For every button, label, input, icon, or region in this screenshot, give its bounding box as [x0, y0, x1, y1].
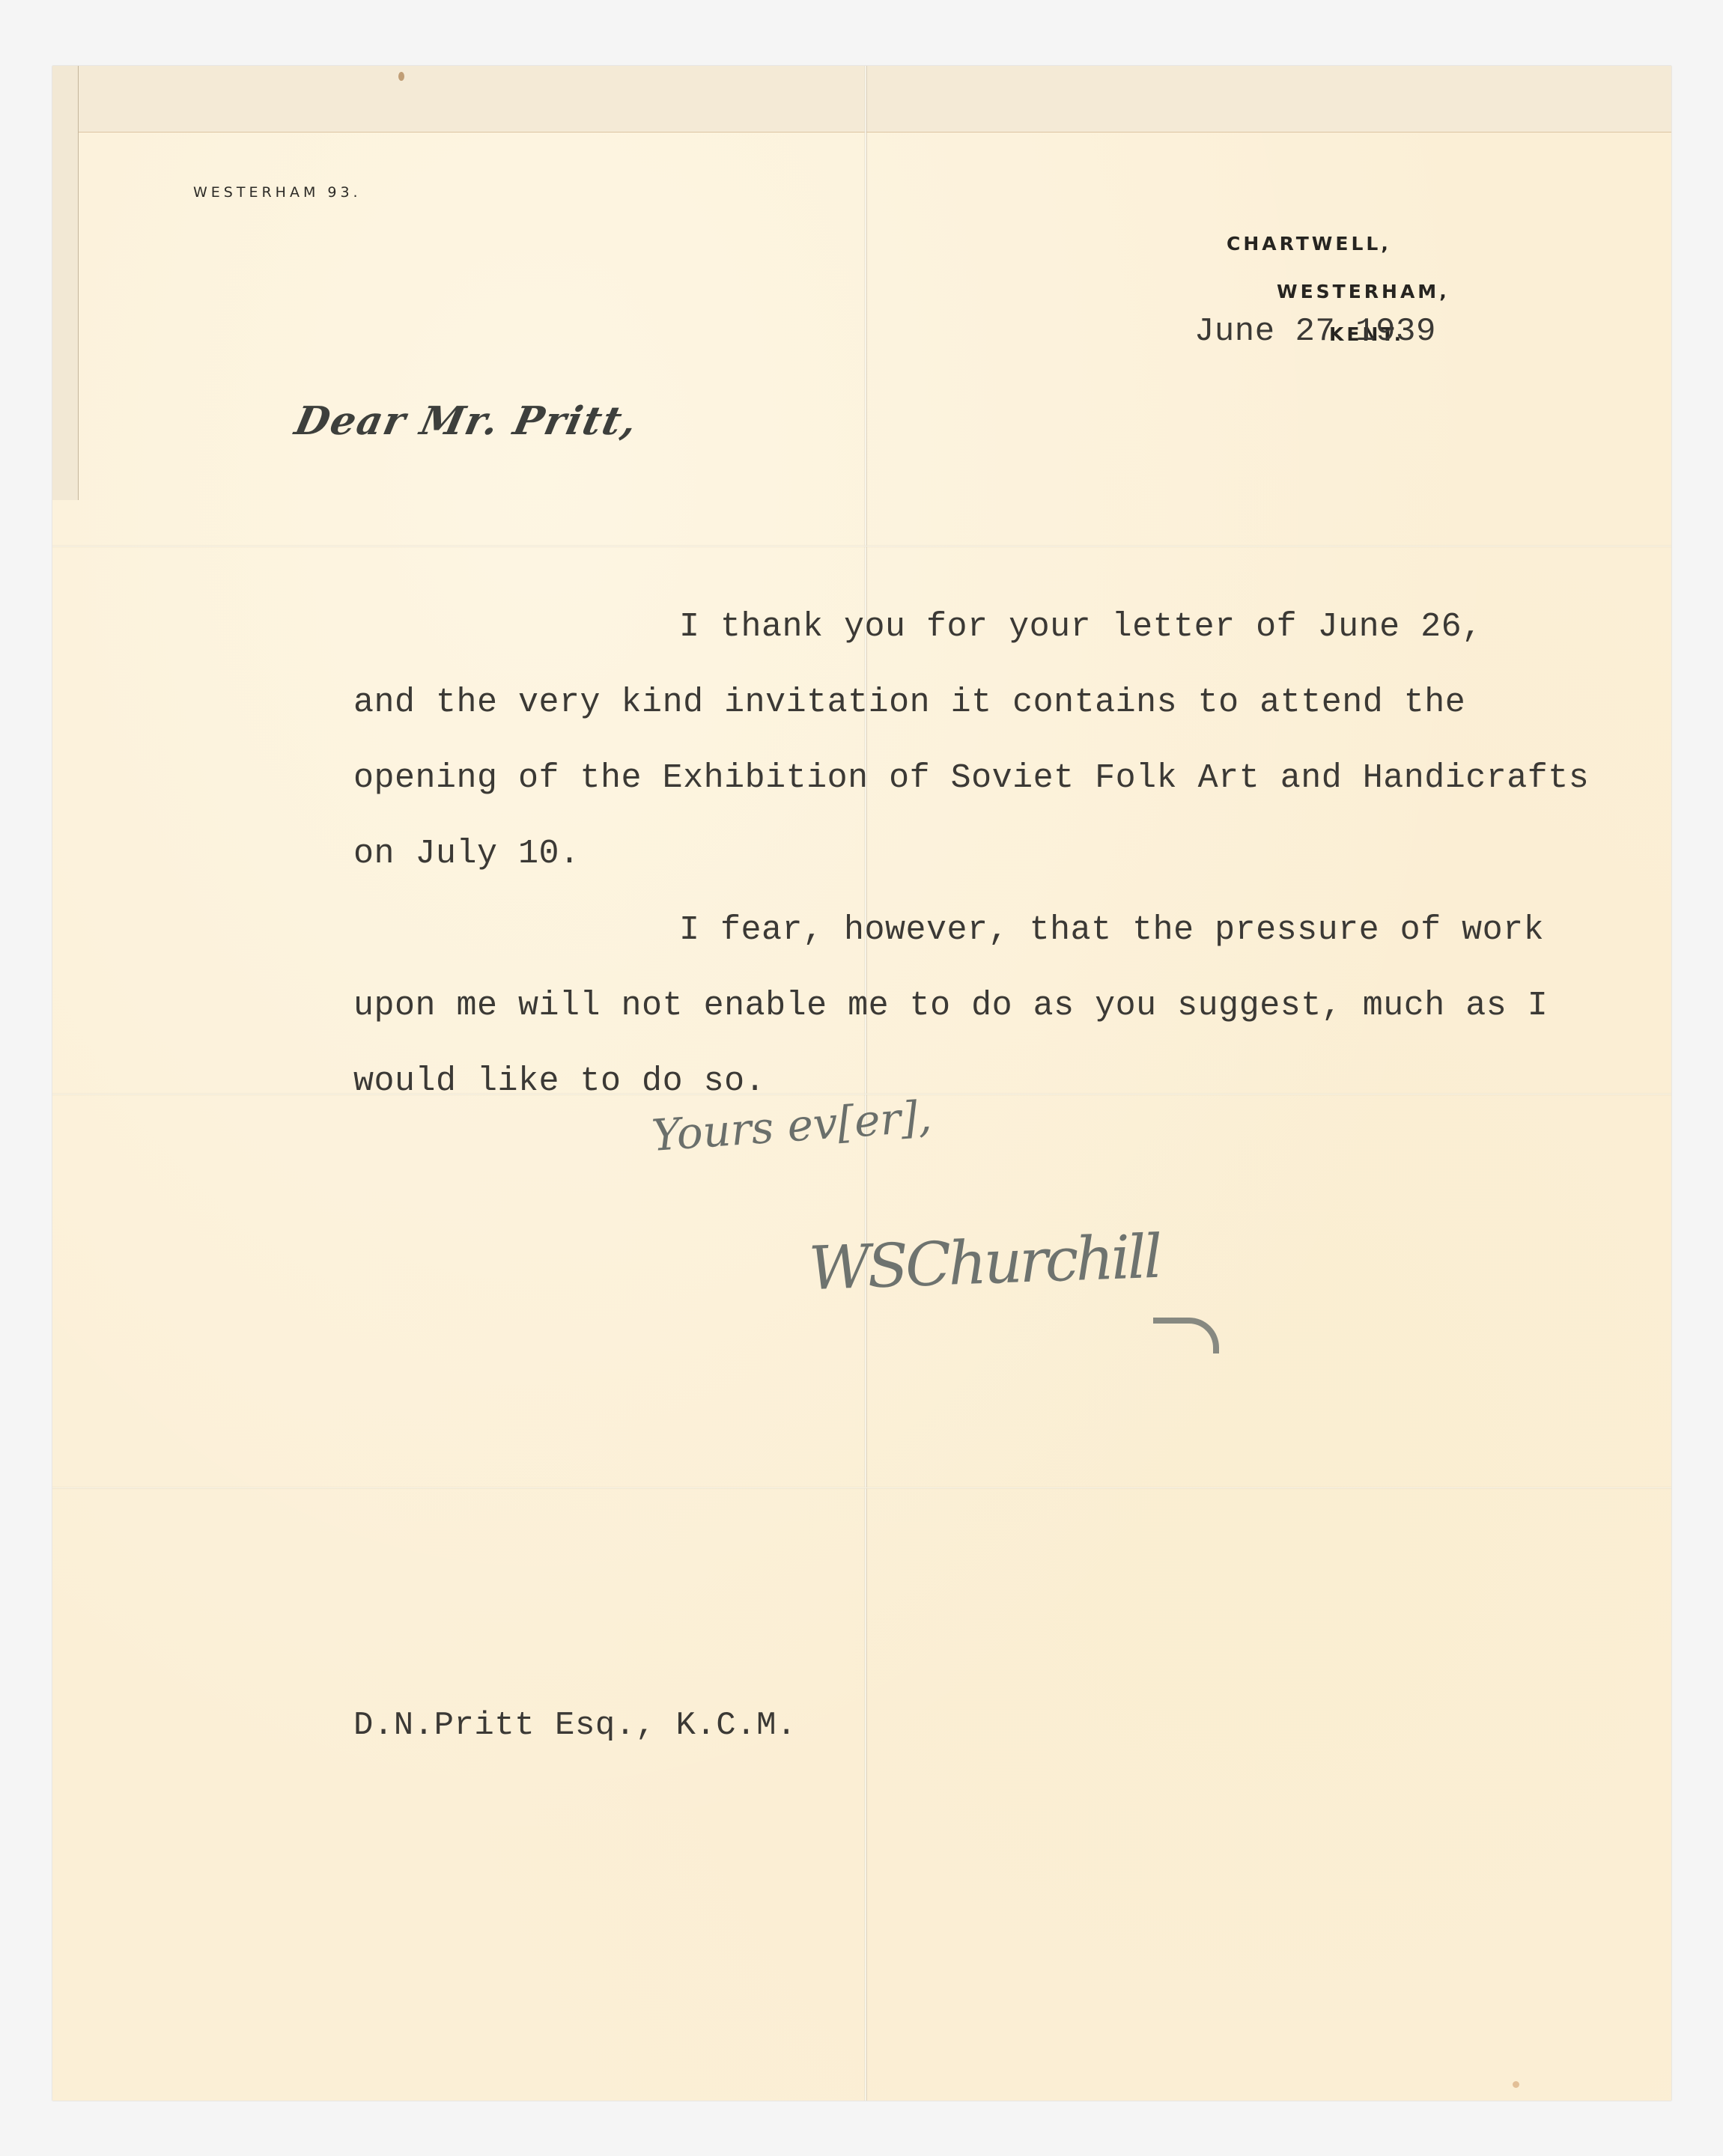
- horizontal-fold-crease: [52, 1487, 1671, 1489]
- body-line-4: on July 10.: [353, 835, 580, 873]
- paper-left-strip: [52, 66, 79, 500]
- body-line-5: I fear, however, that the pressure of wo…: [679, 911, 1544, 949]
- ink-spot: [398, 72, 404, 81]
- letterhead-telephone: WESTERHAM 93.: [193, 184, 362, 201]
- vertical-fold-crease: [864, 66, 867, 2101]
- body-line-3: opening of the Exhibition of Soviet Folk…: [353, 759, 1589, 797]
- letter-page: [52, 66, 1671, 2101]
- stain-spot: [1513, 2081, 1519, 2088]
- signature-handwritten: WSChurchill: [808, 1222, 1161, 1303]
- letterhead-address-line-1: CHARTWELL,: [1227, 233, 1391, 255]
- body-line-7: would like to do so.: [353, 1062, 765, 1100]
- recipient-line: D.N.Pritt Esq., K.C.M.: [353, 1707, 797, 1744]
- body-line-2: and the very kind invitation it contains…: [353, 683, 1465, 722]
- body-line-6: upon me will not enable me to do as you …: [353, 987, 1548, 1025]
- letter-date: June 27 1939: [1194, 313, 1436, 350]
- horizontal-fold-crease: [52, 545, 1671, 547]
- paper-top-strip: [52, 66, 1671, 133]
- salutation: Dear Mr. Pritt,: [291, 398, 642, 444]
- body-line-1: I thank you for your letter of June 26,: [679, 608, 1483, 646]
- letterhead-address-line-2: WESTERHAM,: [1277, 281, 1450, 302]
